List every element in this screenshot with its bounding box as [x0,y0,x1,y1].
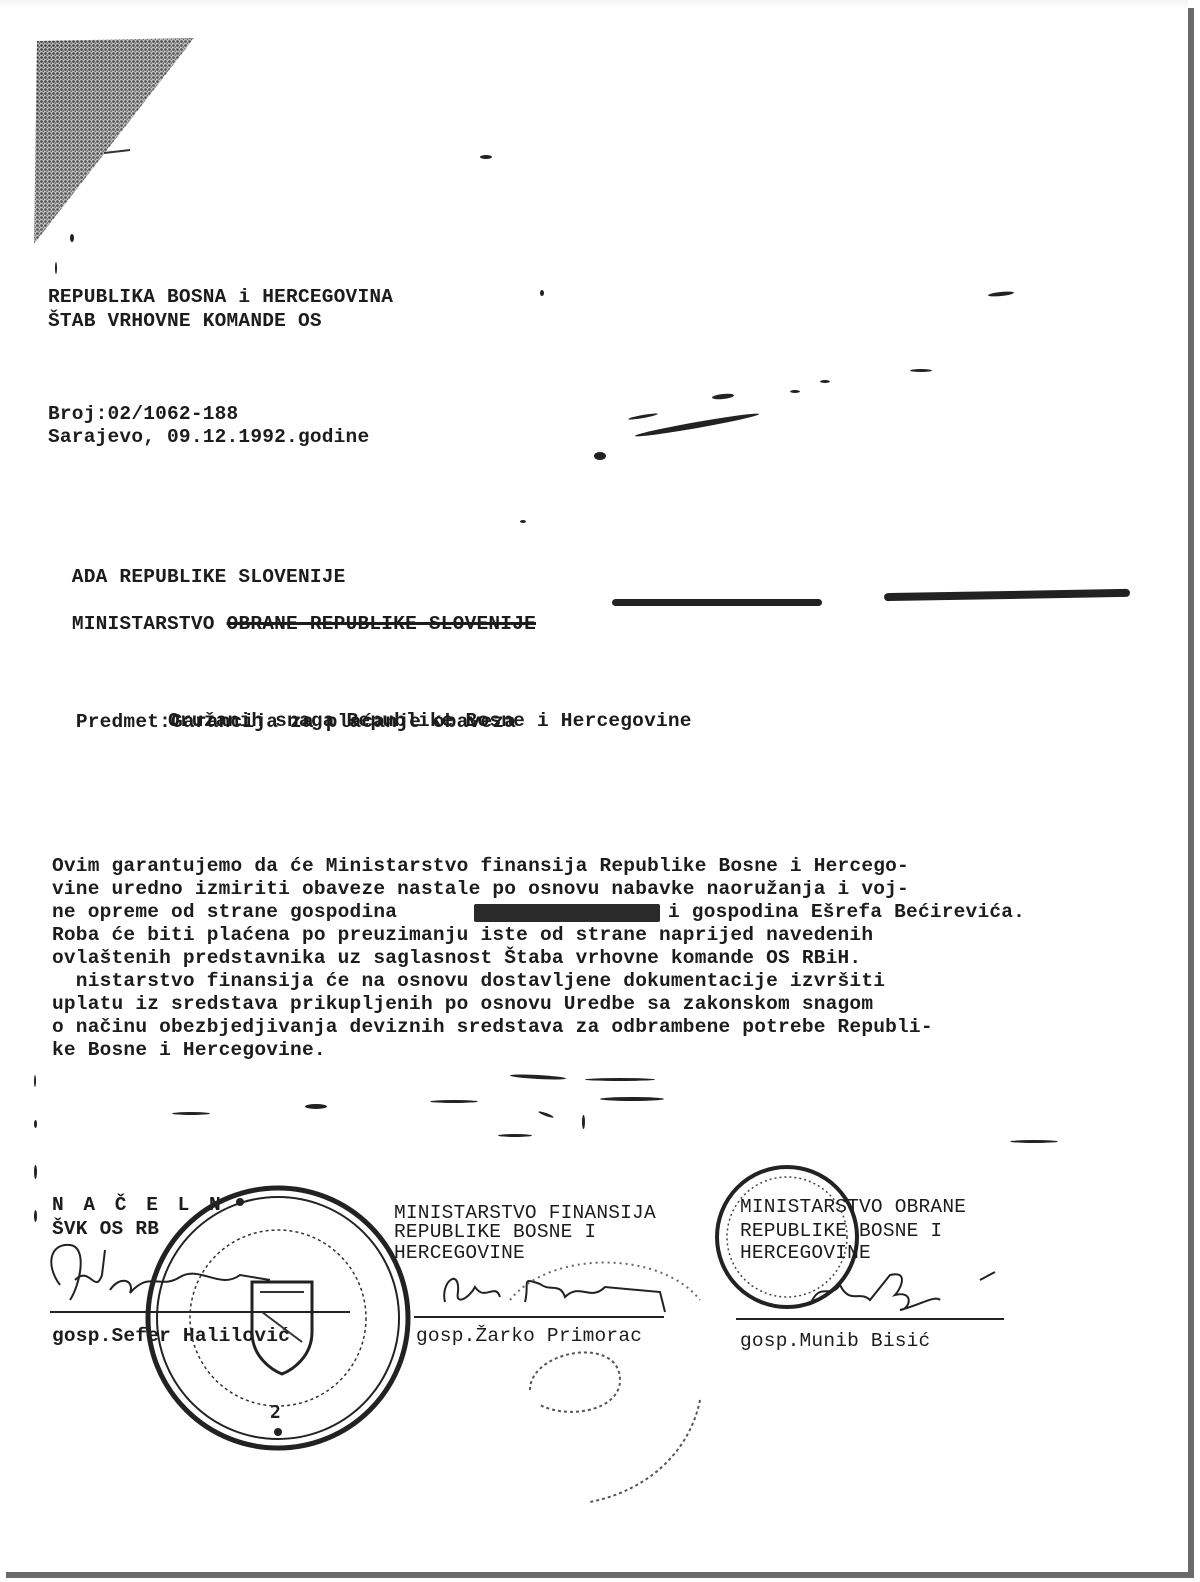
body-line: vine uredno izmiriti obaveze nastale po … [52,878,909,901]
org-name: REPUBLIKA BOSNA i HERCEGOVINA [48,286,393,309]
scan-mark [34,1210,37,1222]
finance-ministry-stamp [490,1240,720,1510]
scan-mark [582,1115,585,1129]
scan-mark [480,155,492,159]
page-top-edge [0,0,1188,8]
scan-mark [34,1165,37,1179]
redacted-name [474,904,660,922]
army-official-stamp: 2 [142,1182,414,1454]
scan-mark [430,1100,478,1103]
subject-label: Predmet: [76,711,171,733]
subject-line-2: Oružanih snaga Republike Bosne i Hercego… [168,710,692,733]
body-line: ovlaštenih predstavnika uz saglasnost Št… [52,947,861,970]
scan-mark [538,1110,554,1118]
recipient-ministry: MINISTARSTVO [72,613,227,635]
scan-mark [34,1120,37,1128]
scan-mark [1010,1140,1058,1143]
body-line: o načinu obezbjedjivanja deviznih sredst… [52,1016,933,1039]
reference-number: Broj:02/1062-188 [48,403,238,426]
scan-mark [712,393,734,400]
recipient-struck-text: OBRANE REPUBLIKE SLOVENIJE [227,613,536,635]
scan-mark [988,291,1014,298]
org-unit: ŠTAB VRHOVNE KOMANDE OS [48,310,322,333]
scan-mark [790,390,800,393]
scan-mark [520,520,526,523]
body-line: uplatu iz sredstava prikupljenih po osno… [52,993,873,1016]
scan-mark [628,412,658,420]
scan-mark [910,369,932,372]
body-line: i gospodina Ešrefa Bećirevića. [668,901,1025,924]
scan-mark [172,1112,210,1115]
handwritten-signature [800,1260,1000,1315]
scan-mark [585,1078,655,1081]
signatory-unit: REPUBLIKE BOSNE I [394,1221,596,1244]
scan-mark [600,1097,664,1101]
signature-line [736,1318,1004,1320]
body-line: ne opreme od strane gospodina [52,901,397,924]
place-date: Sarajevo, 09.12.1992.godine [48,426,369,449]
scan-corner-artifact [32,36,202,246]
scan-mark [540,290,544,296]
ink-strike [884,589,1130,601]
scan-mark [594,452,606,460]
scan-mark [34,1075,36,1087]
signatory-title: MINISTARSTVO OBRANE [740,1196,966,1219]
signatory-unit: REPUBLIKE BOSNE I [740,1220,942,1243]
scan-mark [510,1074,566,1081]
ink-strike [612,599,822,606]
page-shadow-right [1188,8,1194,1578]
recipient-line-1: ADA REPUBLIKE SLOVENIJE [48,566,346,589]
scan-mark [305,1104,327,1109]
scan-mark [820,380,830,383]
scan-mark [498,1134,532,1137]
page-shadow-bottom [6,1572,1194,1578]
body-line: ke Bosne i Hercegovine. [52,1039,326,1062]
scan-mark [70,234,74,242]
body-line: Ovim garantujemo da će Ministarstvo fina… [52,855,909,878]
body-line: nistarstvo finansija će na osnovu dostav… [52,970,885,993]
scan-mark [55,262,57,274]
signatory-name: gosp.Munib Bisić [740,1330,930,1353]
body-line: Roba će biti plaćena po preuzimanju iste… [52,924,873,947]
recipient-line-2: MINISTARSTVO OBRANE REPUBLIKE SLOVENIJE [48,590,536,636]
stamp-number: 2 [270,1402,281,1423]
